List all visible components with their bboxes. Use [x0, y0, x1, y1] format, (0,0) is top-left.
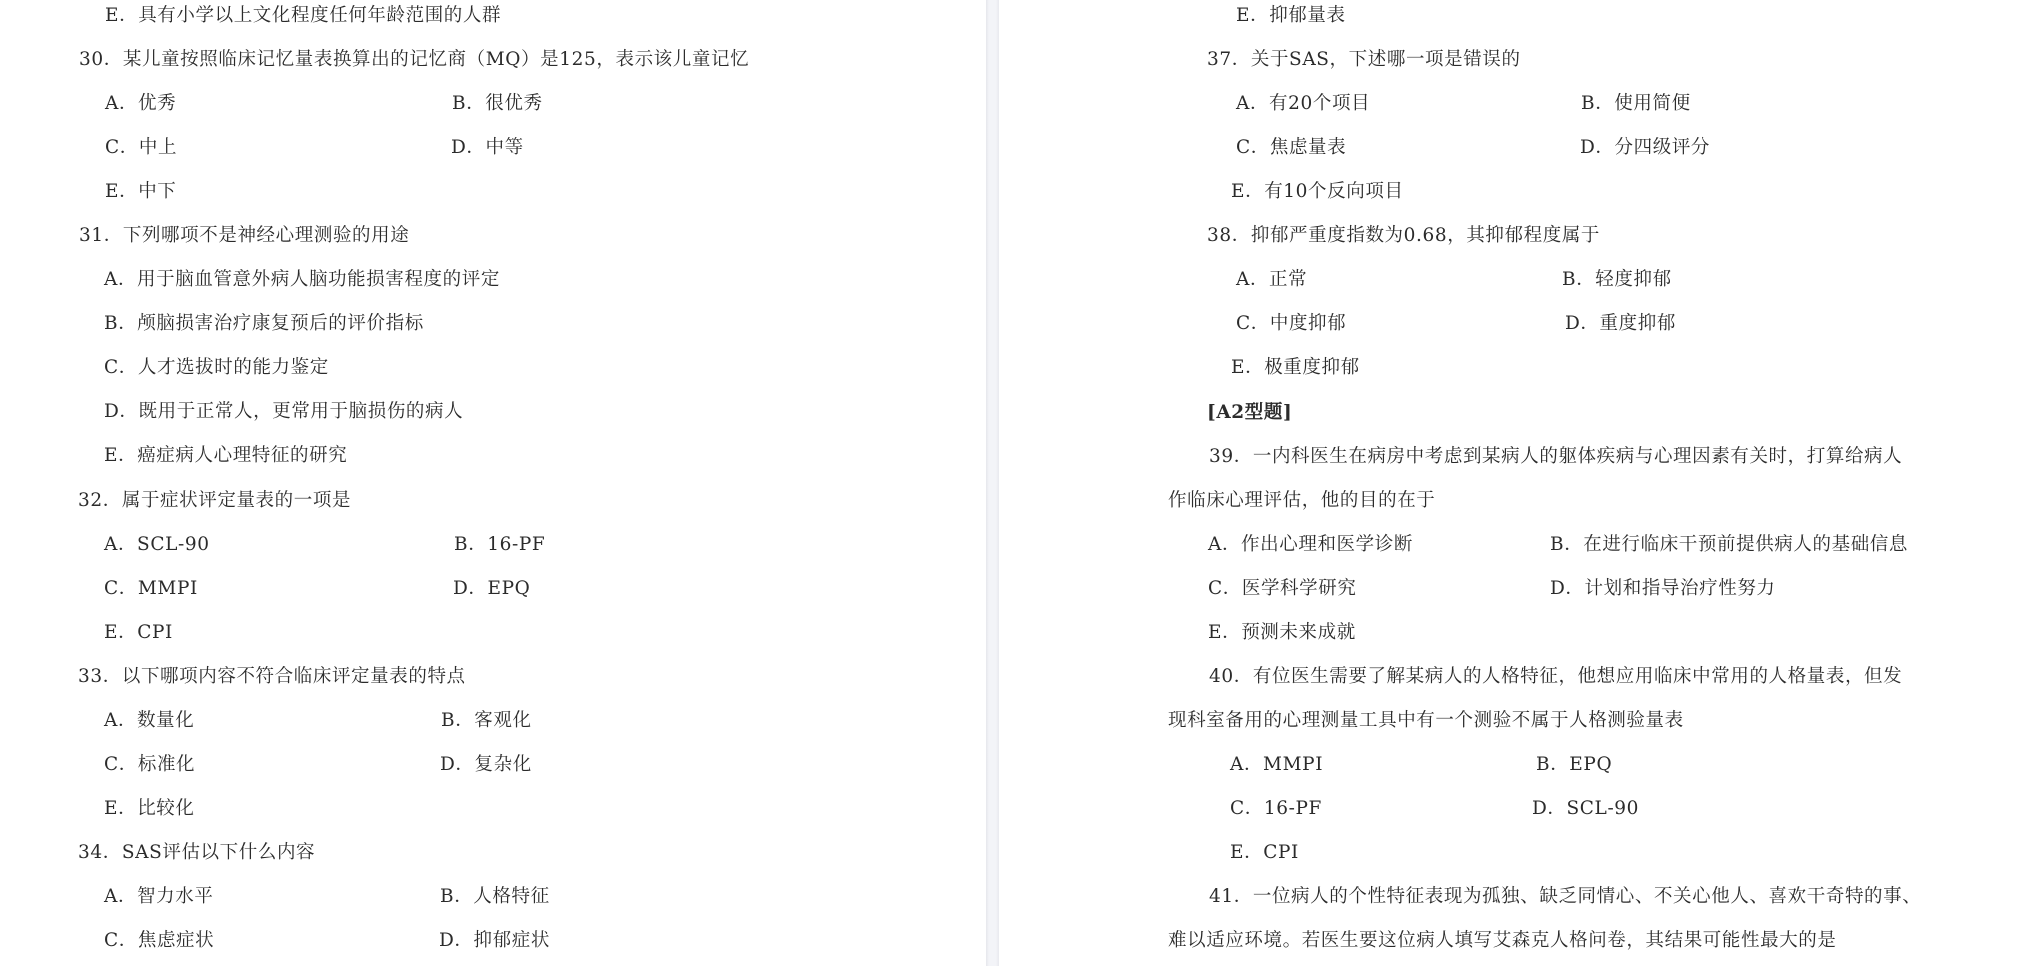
answer-option-e: E．有10个反向项目 [1231, 180, 1404, 204]
answer-option-d: D．复杂化 [440, 753, 532, 777]
answer-option-c: C．MMPI [104, 577, 198, 601]
answer-option-b: B．EPQ [1536, 753, 1612, 777]
answer-option-d: D．分四级评分 [1580, 136, 1710, 160]
question-stem: 37．关于SAS，下述哪一项是错误的 [1207, 48, 1521, 72]
right-page: E．抑郁量表37．关于SAS，下述哪一项是错误的A．有20个项目B．使用简便C．… [999, 0, 2019, 966]
answer-option-d: D．中等 [451, 136, 524, 160]
answer-option-b: B．人格特征 [440, 885, 550, 909]
answer-option-c: C．人才选拔时的能力鉴定 [104, 356, 329, 380]
answer-option-c: C．焦虑症状 [104, 929, 214, 953]
answer-option-e: E．CPI [104, 621, 173, 645]
answer-option-a: A．用于脑血管意外病人脑功能损害程度的评定 [104, 268, 500, 292]
answer-option-a: A．智力水平 [104, 885, 213, 909]
answer-option-e: E．CPI [1230, 841, 1299, 865]
question-stem-continuation: 作临床心理评估，他的目的在于 [1168, 489, 1435, 513]
answer-option-b: B．轻度抑郁 [1562, 268, 1672, 292]
question-stem-continuation: 难以适应环境。若医生要这位病人填写艾森克人格问卷，其结果可能性最大的是 [1168, 929, 1837, 953]
answer-option-d: D．SCL-90 [1532, 797, 1639, 821]
answer-option-e: E．比较化 [104, 797, 195, 821]
answer-option-a: A．有20个项目 [1236, 92, 1370, 116]
answer-option-a: A．数量化 [104, 709, 194, 733]
answer-option-d: D．抑郁症状 [439, 929, 550, 953]
answer-option-e: E．抑郁量表 [1236, 4, 1346, 28]
answer-option-a: A．优秀 [105, 92, 176, 116]
question-stem: 40．有位医生需要了解某病人的人格特征，他想应用临床中常用的人格量表，但发 [1209, 665, 1902, 689]
answer-option-d: D．EPQ [453, 577, 530, 601]
answer-option-e: E．中下 [105, 180, 176, 204]
left-page: E．具有小学以上文化程度任何年龄范围的人群30．某儿童按照临床记忆量表换算出的记… [0, 0, 986, 966]
answer-option-a: A．SCL-90 [104, 533, 210, 557]
answer-option-c: C．焦虑量表 [1236, 136, 1346, 160]
answer-option-e: E．极重度抑郁 [1231, 356, 1360, 380]
question-stem: 38．抑郁严重度指数为0.68，其抑郁程度属于 [1207, 224, 1600, 248]
question-stem: 41．一位病人的个性特征表现为孤独、缺乏同情心、不关心他人、喜欢干奇特的事、 [1209, 885, 1921, 909]
question-stem: 39．一内科医生在病房中考虑到某病人的躯体疾病与心理因素有关时，打算给病人 [1209, 445, 1902, 469]
answer-option-a: A．MMPI [1230, 753, 1323, 777]
answer-option-d: D．重度抑郁 [1565, 312, 1676, 336]
answer-option-c: C．中上 [105, 136, 177, 160]
answer-option-b: B．很优秀 [452, 92, 543, 116]
answer-option-d: D．计划和指导治疗性努力 [1550, 577, 1776, 601]
question-stem-continuation: 现科室备用的心理测量工具中有一个测验不属于人格测验量表 [1168, 709, 1684, 733]
answer-option-e: E．预测未来成就 [1208, 621, 1356, 645]
question-stem: 33．以下哪项内容不符合临床评定量表的特点 [78, 665, 466, 689]
answer-option-d: D．既用于正常人，更常用于脑损伤的病人 [104, 400, 463, 424]
question-stem: 34．SAS评估以下什么内容 [78, 841, 315, 865]
answer-option-c: C．标准化 [104, 753, 195, 777]
answer-option-c: C．16-PF [1230, 797, 1322, 821]
answer-option-b: B．使用简便 [1581, 92, 1691, 116]
answer-option-b: B．在进行临床干预前提供病人的基础信息 [1550, 533, 1908, 557]
page-gutter [986, 0, 999, 966]
answer-option-b: B．颅脑损害治疗康复预后的评价指标 [104, 312, 424, 336]
answer-option-a: A．作出心理和医学诊断 [1208, 533, 1413, 557]
answer-option-b: B．16-PF [454, 533, 545, 557]
question-stem: 32．属于症状评定量表的一项是 [78, 489, 351, 513]
answer-option-a: A．正常 [1236, 268, 1307, 292]
question-stem: 30．某儿童按照临床记忆量表换算出的记忆商（MQ）是125，表示该儿童记忆 [79, 48, 749, 72]
answer-option-e: E．具有小学以上文化程度任何年龄范围的人群 [105, 4, 501, 28]
answer-option-b: B．客观化 [441, 709, 532, 733]
answer-option-c: C．中度抑郁 [1236, 312, 1346, 336]
answer-option-e: E．癌症病人心理特征的研究 [104, 444, 347, 468]
question-stem: 31．下列哪项不是神经心理测验的用途 [79, 224, 409, 248]
section-header: [A2型题] [1207, 401, 1292, 425]
answer-option-c: C．医学科学研究 [1208, 577, 1356, 601]
